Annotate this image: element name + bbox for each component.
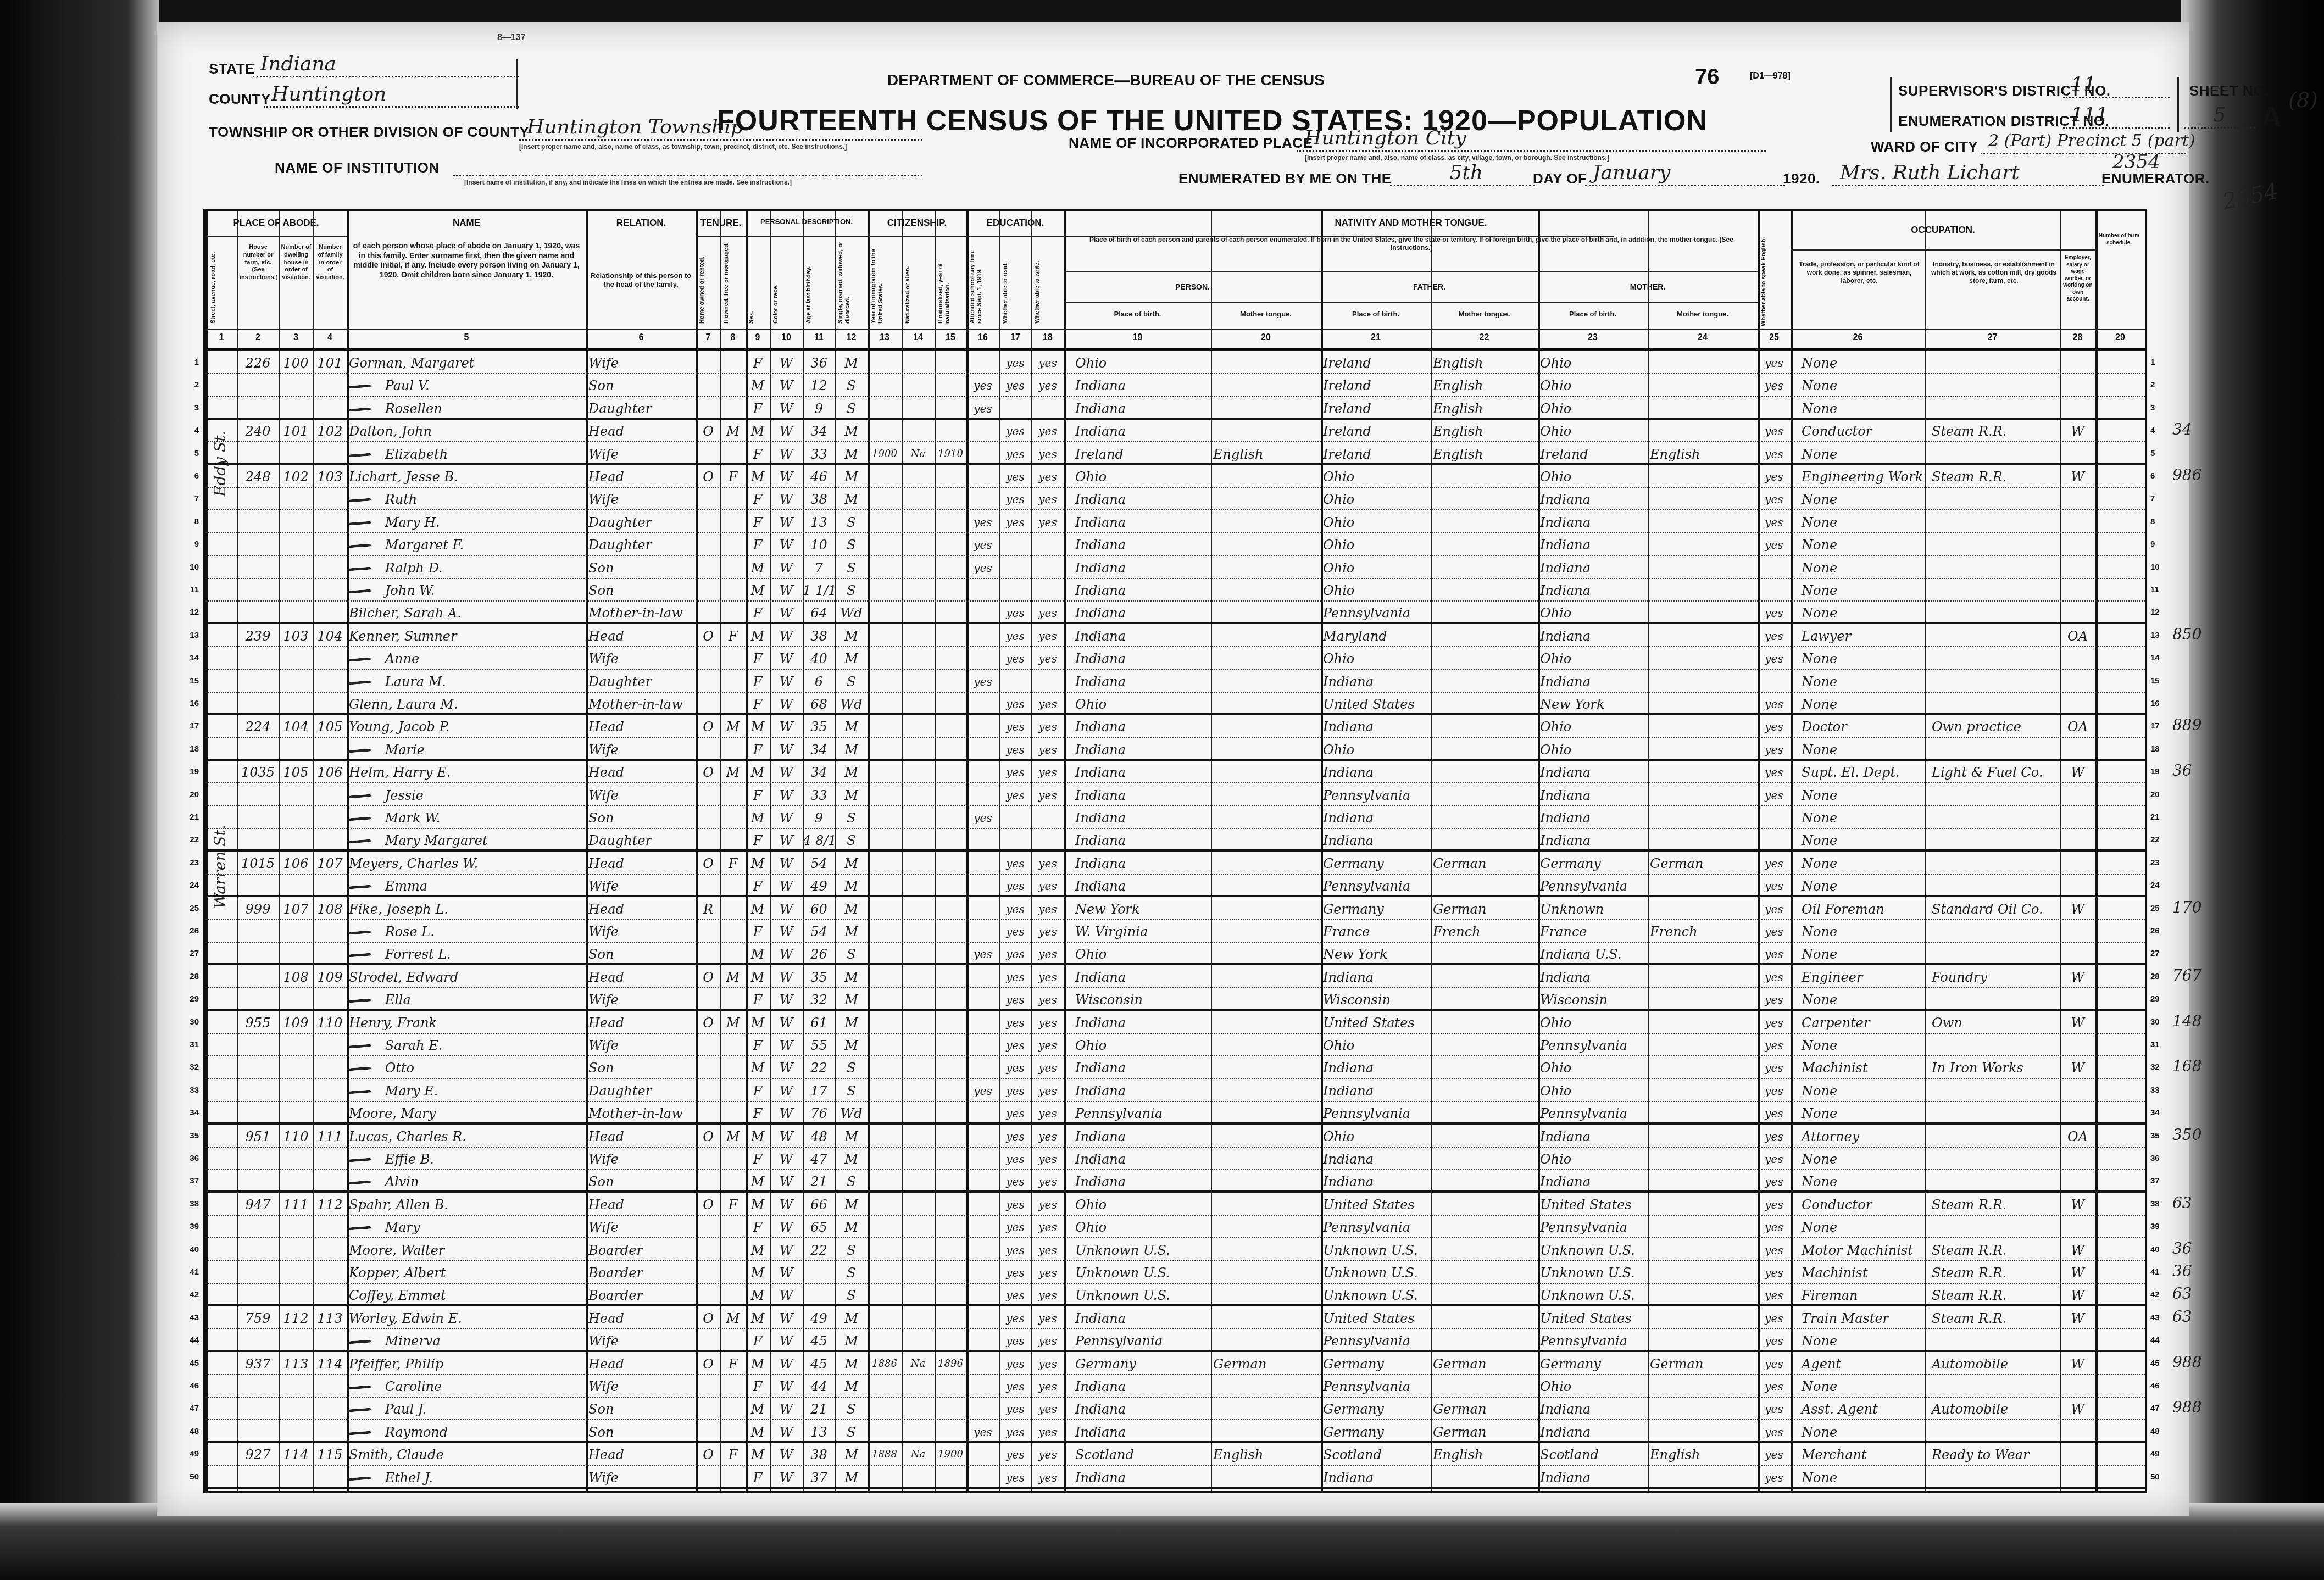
class-of-worker: [2060, 556, 2095, 578]
mother-mother-tongue: [1648, 1420, 1758, 1443]
given-name: Philip: [405, 1356, 443, 1372]
speaks-english: yes: [1758, 738, 1791, 760]
ditto-mark: [349, 498, 371, 503]
naturalized: [902, 1261, 935, 1283]
immigration-year: [868, 852, 902, 874]
immigration-year: [868, 351, 902, 374]
dwelling-number: [279, 670, 313, 692]
father-birthplace: Germany: [1321, 897, 1431, 920]
dwelling-number: [279, 1397, 313, 1420]
race: W: [770, 1011, 803, 1033]
father-birthplace: Pennsylvania: [1321, 874, 1431, 897]
can-write: yes: [1031, 783, 1064, 806]
line-number-right: 38: [2150, 1199, 2167, 1209]
table-row: 9 Margaret F. Daughter F W 10 S yes Indi…: [205, 533, 2145, 555]
trade: None: [1791, 1420, 1925, 1443]
attended-school: [966, 760, 999, 783]
sex: M: [746, 1283, 770, 1306]
table-row: 48 Raymond Son M W 13 S yes yes yes Indi…: [205, 1420, 2145, 1443]
sex: F: [746, 601, 770, 624]
person-name: Strodel, Edward: [347, 965, 586, 988]
given-name: Sarah E.: [385, 1038, 443, 1053]
can-write: yes: [1031, 487, 1064, 510]
farm-schedule: [2095, 510, 2145, 533]
home-owned: [696, 556, 720, 578]
class-of-worker: [2060, 647, 2095, 669]
sex: M: [746, 1420, 770, 1443]
institution-instruction: [Insert name of institution, if any, and…: [464, 179, 792, 186]
line-number-right: 42: [2150, 1290, 2167, 1299]
group-nativity: Nativity and mother tongue.: [1064, 218, 1758, 229]
birthplace: Indiana: [1064, 1056, 1211, 1078]
farm-schedule: [2095, 647, 2145, 669]
father-birthplace: Wisconsin: [1321, 988, 1431, 1010]
age: 17: [803, 1079, 835, 1101]
can-write: yes: [1031, 1101, 1064, 1124]
table-row: 19 1035 105 106 Helm, Harry E. Head O M …: [205, 760, 2145, 783]
table-row: 20 Jessie Wife F W 33 M yes yes Indiana …: [205, 783, 2145, 806]
mother-birthplace: Indiana: [1538, 760, 1648, 783]
birthplace: Indiana: [1064, 1375, 1211, 1397]
attended-school: [966, 1011, 999, 1033]
naturalization-year: [935, 487, 966, 510]
birthplace: Ohio: [1064, 465, 1211, 487]
house-number: [237, 1147, 279, 1170]
col-num: 16: [966, 333, 999, 343]
father-birthplace: United States: [1321, 1306, 1431, 1329]
person-name: Marie: [347, 738, 586, 760]
line-number-left: 28: [182, 972, 199, 981]
line-number-left: 29: [182, 994, 199, 1004]
person-name: Jessie: [347, 783, 586, 806]
family-number: [313, 692, 347, 715]
col-num: 7: [696, 333, 720, 343]
naturalized: [902, 1283, 935, 1306]
marital-status: M: [835, 647, 868, 669]
mother-birthplace: Pennsylvania: [1538, 1033, 1648, 1056]
father-tongue: [1431, 1329, 1538, 1351]
farm-schedule: [2095, 760, 2145, 783]
col-28-label: Employer, salary or wage worker, or work…: [2061, 255, 2094, 303]
house-number: [237, 1283, 279, 1306]
ditto-mark: [349, 566, 371, 571]
trade: None: [1791, 1147, 1925, 1170]
line-number-right: 7: [2150, 494, 2167, 503]
can-write: yes: [1031, 1238, 1064, 1261]
sex: F: [746, 647, 770, 669]
margin-code: 170: [2172, 898, 2201, 916]
marital-status: M: [835, 760, 868, 783]
relation: Head: [586, 852, 696, 874]
col-num: 9: [746, 333, 770, 343]
naturalized: [902, 351, 935, 374]
ditto-mark: [349, 1089, 371, 1094]
naturalization-year: [935, 1170, 966, 1192]
attended-school: [966, 988, 999, 1010]
age: 22: [803, 1238, 835, 1261]
table-row: 42 Coffey, Emmet Boarder M W S yes yes U…: [205, 1283, 2145, 1306]
dwelling-number: [279, 942, 313, 965]
father-birthplace: Ohio: [1321, 647, 1431, 669]
dwelling-number: [279, 1420, 313, 1443]
class-of-worker: [2060, 351, 2095, 374]
can-read: yes: [999, 624, 1031, 647]
attended-school: [966, 624, 999, 647]
home-owned: [696, 670, 720, 692]
naturalization-year: [935, 465, 966, 487]
trade: None: [1791, 1466, 1925, 1488]
person-name: Worley, Edwin E.: [347, 1306, 586, 1329]
line-number-right: 15: [2150, 676, 2167, 686]
can-read: yes: [999, 874, 1031, 897]
person-name: Moore, Mary: [347, 1101, 586, 1124]
free-mortgaged: [720, 692, 746, 715]
mother-tongue: [1211, 874, 1321, 897]
person-name: Paul V.: [347, 374, 586, 396]
immigration-year: [868, 760, 902, 783]
free-mortgaged: [720, 1420, 746, 1443]
mother-mother-tongue: [1648, 1101, 1758, 1124]
farm-schedule: [2095, 442, 2145, 465]
birthplace: Indiana: [1064, 374, 1211, 396]
person-name: Anne: [347, 647, 586, 669]
naturalized: [902, 1215, 935, 1238]
father-birthplace: Ohio: [1321, 556, 1431, 578]
house-number: [237, 510, 279, 533]
attended-school: [966, 1238, 999, 1261]
family-number: [313, 510, 347, 533]
person-name: Lichart, Jesse B.: [347, 465, 586, 487]
line-number-left: 18: [182, 744, 199, 754]
immigration-year: 1888: [868, 1443, 902, 1465]
father-tongue: [1431, 806, 1538, 828]
can-write: yes: [1031, 965, 1064, 988]
can-write: yes: [1031, 920, 1064, 942]
line-number-right: 22: [2150, 835, 2167, 844]
naturalization-year: [935, 1125, 966, 1147]
immigration-year: [868, 1193, 902, 1215]
house-number: [237, 533, 279, 555]
mother-tongue: [1211, 1306, 1321, 1329]
margin-code: 63: [2172, 1308, 2192, 1326]
mother-tongue: [1211, 692, 1321, 715]
line-number-right: 23: [2150, 858, 2167, 867]
father-birthplace: Indiana: [1321, 1170, 1431, 1192]
marital-status: S: [835, 806, 868, 828]
home-owned: [696, 578, 720, 601]
attended-school: [966, 487, 999, 510]
immigration-year: [868, 624, 902, 647]
home-owned: O: [696, 624, 720, 647]
relation: Son: [586, 1420, 696, 1443]
father-tongue: [1431, 1147, 1538, 1170]
group-personal: Personal description.: [746, 218, 868, 226]
speaks-english: yes: [1758, 692, 1791, 715]
speaks-english: yes: [1758, 1125, 1791, 1147]
class-of-worker: [2060, 374, 2095, 396]
immigration-year: [868, 897, 902, 920]
naturalization-year: [935, 1238, 966, 1261]
col-2-label: House number or farm, etc. (See instruct…: [240, 244, 277, 282]
relation: Head: [586, 1352, 696, 1375]
dwelling-number: [279, 1033, 313, 1056]
line-number-left: 39: [182, 1222, 199, 1231]
immigration-year: [868, 487, 902, 510]
industry: [1925, 942, 2060, 965]
father-birthplace: Indiana: [1321, 1466, 1431, 1488]
class-of-worker: [2060, 1033, 2095, 1056]
can-read: yes: [999, 1443, 1031, 1465]
industry: [1925, 601, 2060, 624]
mother-tongue: [1211, 556, 1321, 578]
table-row: 32 Otto Son M W 22 S yes yes Indiana Ind…: [205, 1056, 2145, 1078]
mother-mother-tongue: [1648, 465, 1758, 487]
surname: Coffey,: [349, 1288, 394, 1303]
father-tongue: [1431, 1466, 1538, 1488]
table-row: 43 759 112 113 Worley, Edwin E. Head O M…: [205, 1306, 2145, 1329]
industry: Steam R.R.: [1925, 1238, 2060, 1261]
mother-mother-tongue: German: [1648, 852, 1758, 874]
naturalization-year: [935, 647, 966, 669]
house-number: 937: [237, 1352, 279, 1375]
birthplace: New York: [1064, 897, 1211, 920]
immigration-year: [868, 1238, 902, 1261]
farm-schedule: [2095, 897, 2145, 920]
mother-tongue: German: [1211, 1352, 1321, 1375]
table-row: 5 Elizabeth Wife F W 33 M 1900 Na 1910 y…: [205, 442, 2145, 465]
line-number-left: 44: [182, 1336, 199, 1345]
trade: None: [1791, 510, 1925, 533]
immigration-year: [868, 1079, 902, 1101]
house-number: [237, 1170, 279, 1192]
line-number-right: 32: [2150, 1062, 2167, 1072]
col-num: 1: [205, 333, 237, 343]
marital-status: S: [835, 1283, 868, 1306]
can-read: yes: [999, 1375, 1031, 1397]
line-number-left: 43: [182, 1313, 199, 1322]
can-read: yes: [999, 738, 1031, 760]
father-tongue: English: [1431, 1443, 1538, 1465]
class-of-worker: OA: [2060, 715, 2095, 737]
col-num: 17: [999, 333, 1031, 343]
home-owned: [696, 828, 720, 851]
naturalized: [902, 738, 935, 760]
father-tongue: [1431, 1193, 1538, 1215]
table-row: 7 Ruth Wife F W 38 M yes yes Indiana Ohi…: [205, 487, 2145, 510]
line-number-right: 19: [2150, 767, 2167, 776]
speaks-english: yes: [1758, 920, 1791, 942]
race: W: [770, 1397, 803, 1420]
line-number-left: 48: [182, 1427, 199, 1436]
trade: None: [1791, 351, 1925, 374]
class-of-worker: [2060, 828, 2095, 851]
father-tongue: [1431, 1033, 1538, 1056]
birthplace: Indiana: [1064, 965, 1211, 988]
can-read: yes: [999, 510, 1031, 533]
free-mortgaged: [720, 1329, 746, 1351]
industry: Automobile: [1925, 1397, 2060, 1420]
relation: Wife: [586, 1329, 696, 1351]
class-of-worker: W: [2060, 1352, 2095, 1375]
mother-tongue: [1211, 1011, 1321, 1033]
col-num: 15: [935, 333, 966, 343]
marital-status: S: [835, 1397, 868, 1420]
farm-schedule: [2095, 1397, 2145, 1420]
attended-school: yes: [966, 533, 999, 555]
mother-mother-tongue: [1648, 556, 1758, 578]
table-row: 6 248 102 103 Lichart, Jesse B. Head O F…: [205, 465, 2145, 487]
mother-tongue: [1211, 1147, 1321, 1170]
race: W: [770, 1352, 803, 1375]
col-25-label: Whether able to speak English.: [1760, 219, 1789, 326]
ditto-mark: [349, 544, 371, 548]
mother-mother-tongue: [1648, 692, 1758, 715]
class-of-worker: [2060, 783, 2095, 806]
group-mother: Mother.: [1538, 282, 1758, 291]
speaks-english: yes: [1758, 442, 1791, 465]
mother-tongue: [1211, 738, 1321, 760]
mother-birthplace: New York: [1538, 692, 1648, 715]
farm-schedule: [2095, 351, 2145, 374]
naturalization-year: [935, 1329, 966, 1351]
line-number-right: 2: [2150, 380, 2167, 390]
race: W: [770, 465, 803, 487]
mother-mother-tongue: [1648, 510, 1758, 533]
sex: M: [746, 465, 770, 487]
can-write: yes: [1031, 351, 1064, 374]
margin-code: 889: [2172, 716, 2201, 734]
father-birthplace: New York: [1321, 942, 1431, 965]
relation: Son: [586, 1170, 696, 1192]
table-row: 34 Moore, Mary Mother-in-law F W 76 Wd y…: [205, 1101, 2145, 1124]
mother-tongue: [1211, 670, 1321, 692]
age: 38: [803, 1443, 835, 1465]
house-number: [237, 374, 279, 396]
attended-school: [966, 738, 999, 760]
dwelling-number: 100: [279, 351, 313, 374]
industry: [1925, 533, 2060, 555]
mother-birthplace: Ohio: [1538, 601, 1648, 624]
table-row: 31 Sarah E. Wife F W 55 M yes yes Ohio O…: [205, 1033, 2145, 1056]
mother-birthplace: Indiana: [1538, 806, 1648, 828]
line-number-right: 43: [2150, 1313, 2167, 1322]
col-num: 4: [313, 333, 347, 343]
can-read: yes: [999, 783, 1031, 806]
race: W: [770, 874, 803, 897]
surname: Worley,: [349, 1311, 398, 1326]
class-of-worker: OA: [2060, 624, 2095, 647]
person-name: Young, Jacob P.: [347, 715, 586, 737]
mother-mother-tongue: [1648, 533, 1758, 555]
industry: Standard Oil Co.: [1925, 897, 2060, 920]
relation: Head: [586, 715, 696, 737]
trade: Oil Foreman: [1791, 897, 1925, 920]
line-number-right: 20: [2150, 790, 2167, 799]
incorporated-place-label: Name of incorporated place: [1069, 135, 1313, 152]
person-name: Forrest L.: [347, 942, 586, 965]
dwelling-number: [279, 988, 313, 1010]
family-number: [313, 1056, 347, 1078]
mother-tongue: [1211, 647, 1321, 669]
person-name: Spahr, Allen B.: [347, 1193, 586, 1215]
can-read: [999, 533, 1031, 555]
age: 47: [803, 1147, 835, 1170]
birthplace: Indiana: [1064, 1170, 1211, 1192]
trade: Merchant: [1791, 1443, 1925, 1465]
mother-mother-tongue: [1648, 1283, 1758, 1306]
house-number: 1015: [237, 852, 279, 874]
line-number-left: 50: [182, 1472, 199, 1482]
line-number-left: 21: [182, 813, 199, 822]
birthplace: Indiana: [1064, 1079, 1211, 1101]
relation: Head: [586, 1306, 696, 1329]
given-name: Margaret: [411, 355, 474, 371]
naturalized: Na: [902, 1443, 935, 1465]
house-number: 951: [237, 1125, 279, 1147]
family-number: [313, 988, 347, 1010]
dwelling-number: [279, 874, 313, 897]
free-mortgaged: [720, 578, 746, 601]
free-mortgaged: [720, 556, 746, 578]
line-number-left: 26: [182, 926, 199, 936]
dwelling-number: [279, 1101, 313, 1124]
class-of-worker: [2060, 1147, 2095, 1170]
relation: Wife: [586, 738, 696, 760]
person-name: Dalton, John: [347, 419, 586, 442]
age: 64: [803, 601, 835, 624]
home-owned: [696, 942, 720, 965]
age: 38: [803, 487, 835, 510]
ditto-mark: [349, 1067, 371, 1071]
relation: Daughter: [586, 1079, 696, 1101]
can-read: yes: [999, 1193, 1031, 1215]
given-name: Charles W.: [407, 856, 479, 871]
speaks-english: yes: [1758, 874, 1791, 897]
surname: Pfeiffer,: [349, 1356, 401, 1372]
mother-tongue: [1211, 601, 1321, 624]
given-name: Laura M.: [385, 674, 446, 689]
race: W: [770, 397, 803, 419]
can-read: yes: [999, 1261, 1031, 1283]
immigration-year: [868, 988, 902, 1010]
mother-birthplace: Indiana U.S.: [1538, 942, 1648, 965]
sex: F: [746, 397, 770, 419]
race: W: [770, 1283, 803, 1306]
sex: F: [746, 1101, 770, 1124]
family-number: 104: [313, 624, 347, 647]
surname: Henry,: [349, 1015, 393, 1031]
age: 36: [803, 351, 835, 374]
marital-status: S: [835, 397, 868, 419]
relation: Wife: [586, 920, 696, 942]
family-number: [313, 487, 347, 510]
free-mortgaged: [720, 920, 746, 942]
father-tongue: [1431, 692, 1538, 715]
race: W: [770, 1193, 803, 1215]
attended-school: yes: [966, 374, 999, 396]
naturalization-year: [935, 965, 966, 988]
sex: F: [746, 874, 770, 897]
industry: [1925, 1466, 2060, 1488]
line-number-left: 31: [182, 1040, 199, 1049]
home-owned: [696, 1101, 720, 1124]
industry: [1925, 374, 2060, 396]
table-row: 23 1015 106 107 Meyers, Charles W. Head …: [205, 852, 2145, 874]
naturalized: [902, 533, 935, 555]
farm-schedule: [2095, 1283, 2145, 1306]
group-citizenship: Citizenship.: [868, 218, 966, 229]
naturalization-year: [935, 738, 966, 760]
